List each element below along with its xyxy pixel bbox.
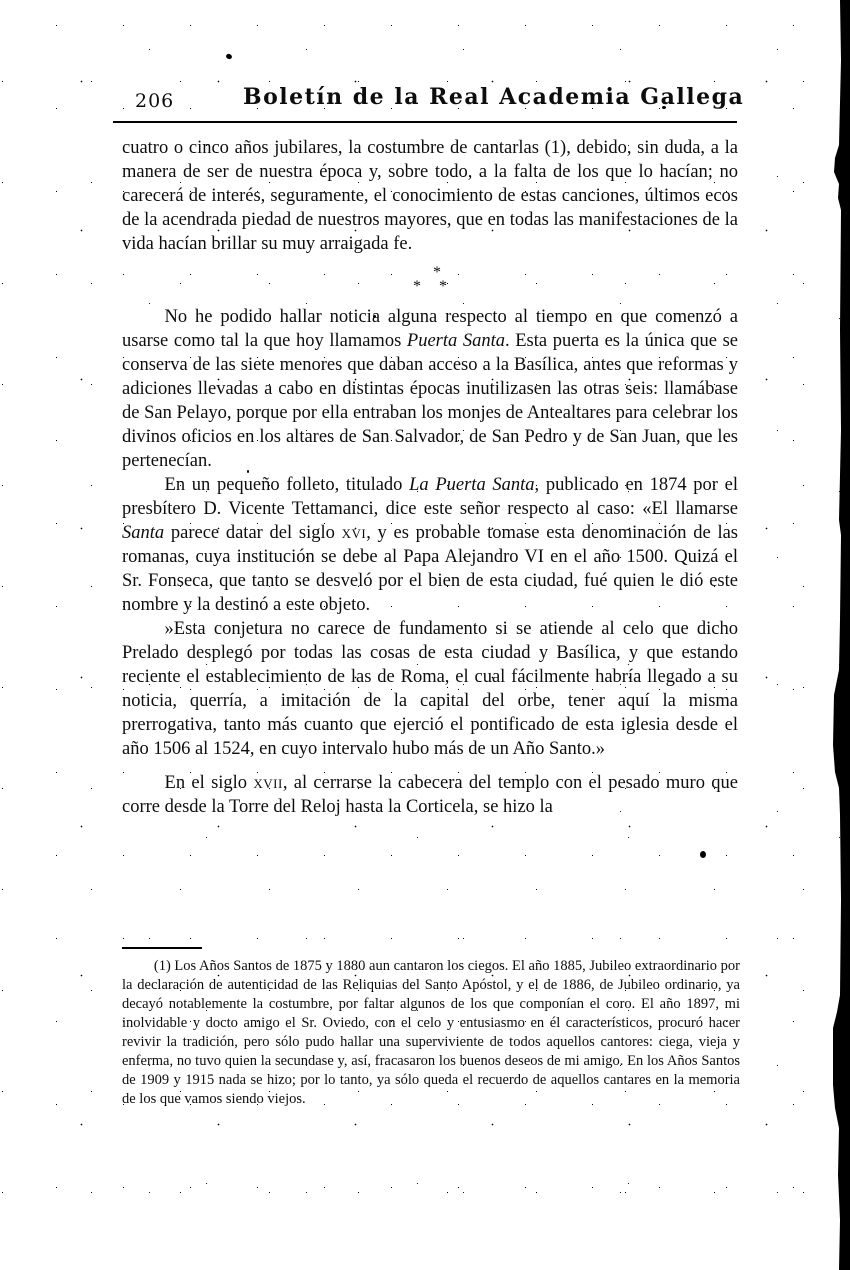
- scanned-page: 206 Boletín de la Real Academia Gallega …: [0, 0, 850, 1270]
- scan-edge-shadow: [832, 0, 850, 1270]
- text-run: xvi: [342, 523, 367, 543]
- page-number: 206: [135, 90, 174, 112]
- text-run: xvii: [253, 773, 282, 793]
- paragraph: No he podido hallar noticia alguna respe…: [122, 305, 738, 473]
- text-run: »Esta conjetura no carece de fundamento …: [122, 619, 738, 759]
- footnote-text: (1) Los Años Santos de 1875 y 1880 aun c…: [122, 957, 740, 1109]
- ink-speck: [373, 315, 376, 318]
- header-rule: [113, 121, 737, 123]
- text-run: cuatro o cinco años jubilares, la costum…: [122, 138, 738, 254]
- text-run: (1) Los Años Santos de 1875 y 1880 aun c…: [122, 958, 740, 1107]
- body-text: cuatro o cinco años jubilares, la costum…: [122, 136, 738, 819]
- ink-speck: [247, 470, 249, 473]
- ink-speck: [662, 106, 666, 109]
- ink-speck: [700, 851, 706, 858]
- text-run: En un pequeño folleto, titulado: [165, 475, 410, 495]
- paragraph: »Esta conjetura no carece de fundamento …: [122, 617, 738, 761]
- text-run: Puerta Santa: [407, 331, 505, 351]
- paragraph: cuatro o cinco años jubilares, la costum…: [122, 136, 738, 256]
- asterisk-icon: *: [136, 266, 738, 279]
- asterisk-icon: *: [413, 280, 421, 293]
- running-title: Boletín de la Real Academia Gallega: [243, 84, 643, 110]
- ink-speck: [225, 53, 232, 60]
- text-run: Santa: [122, 523, 164, 543]
- footnote-separator: [122, 947, 202, 949]
- asterisk-icon: *: [439, 280, 447, 293]
- paragraph: En un pequeño folleto, titulado La Puert…: [122, 473, 738, 617]
- text-run: En el siglo: [165, 773, 254, 793]
- asterism-divider: * * *: [122, 266, 738, 293]
- text-run: . Esta puerta es la única que se conserv…: [122, 331, 738, 471]
- paragraph: En el siglo xvii, al cerrarse la cabecer…: [122, 771, 738, 819]
- text-run: La Puerta Santa: [409, 475, 534, 495]
- text-run: parece datar del siglo: [164, 523, 341, 543]
- asterism-row: * *: [122, 280, 738, 293]
